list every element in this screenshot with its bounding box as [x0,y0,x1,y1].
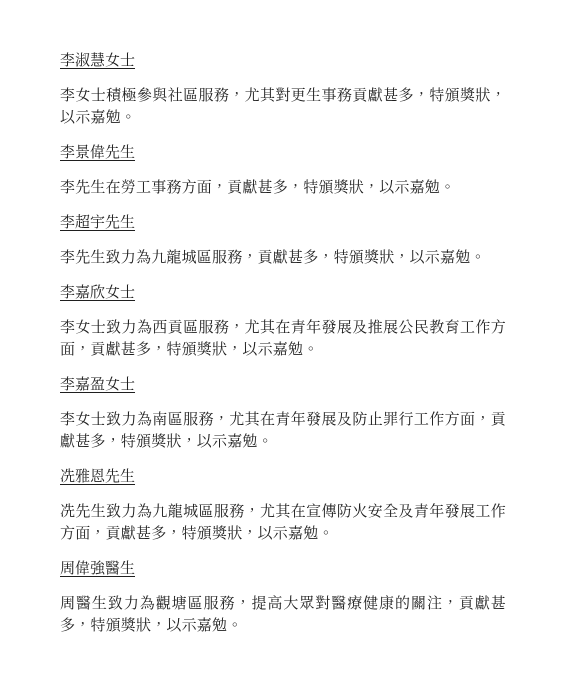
entry-name: 李景偉先生 [60,142,506,164]
entry-description: 李女士致力為南區服務，尤其在青年發展及防止罪行工作方面，貢獻甚多，特頒獎狀，以示… [60,409,506,453]
document-page: 李淑慧女士 李女士積極參與社區服務，尤其對更生事務貢獻甚多，特頒獎狀，以示嘉勉。… [0,0,563,679]
entry-name: 李超宇先生 [60,212,506,234]
entry-name: 李嘉盈女士 [60,374,506,396]
award-entry: 李嘉欣女士 李女士致力為西貢區服務，尤其在青年發展及推展公民教育工作方面，貢獻甚… [60,282,506,361]
entry-description: 李女士致力為西貢區服務，尤其在青年發展及推展公民教育工作方面，貢獻甚多，特頒獎狀… [60,317,506,361]
entry-description: 周醫生致力為觀塘區服務，提高大眾對醫療健康的關注，貢獻甚多，特頒獎狀，以示嘉勉。 [60,593,506,637]
entry-name: 冼雅恩先生 [60,466,506,488]
entry-description: 李先生在勞工事務方面，貢獻甚多，特頒獎狀，以示嘉勉。 [60,177,506,199]
entry-name: 李嘉欣女士 [60,282,506,304]
award-entry: 李淑慧女士 李女士積極參與社區服務，尤其對更生事務貢獻甚多，特頒獎狀，以示嘉勉。 [60,50,506,129]
entry-description: 李女士積極參與社區服務，尤其對更生事務貢獻甚多，特頒獎狀，以示嘉勉。 [60,85,506,129]
award-entry: 周偉強醫生 周醫生致力為觀塘區服務，提高大眾對醫療健康的關注，貢獻甚多，特頒獎狀… [60,558,506,637]
entry-description: 冼先生致力為九龍城區服務，尤其在宣傳防火安全及青年發展工作方面，貢獻甚多，特頒獎… [60,501,506,545]
award-entry: 李景偉先生 李先生在勞工事務方面，貢獻甚多，特頒獎狀，以示嘉勉。 [60,142,506,199]
award-entry: 李嘉盈女士 李女士致力為南區服務，尤其在青年發展及防止罪行工作方面，貢獻甚多，特… [60,374,506,453]
entry-name: 李淑慧女士 [60,50,506,72]
document-content: 李淑慧女士 李女士積極參與社區服務，尤其對更生事務貢獻甚多，特頒獎狀，以示嘉勉。… [0,0,563,679]
entry-name: 周偉強醫生 [60,558,506,580]
award-entry: 李超宇先生 李先生致力為九龍城區服務，貢獻甚多，特頒獎狀，以示嘉勉。 [60,212,506,269]
entry-description: 李先生致力為九龍城區服務，貢獻甚多，特頒獎狀，以示嘉勉。 [60,247,506,269]
award-entry: 冼雅恩先生 冼先生致力為九龍城區服務，尤其在宣傳防火安全及青年發展工作方面，貢獻… [60,466,506,545]
